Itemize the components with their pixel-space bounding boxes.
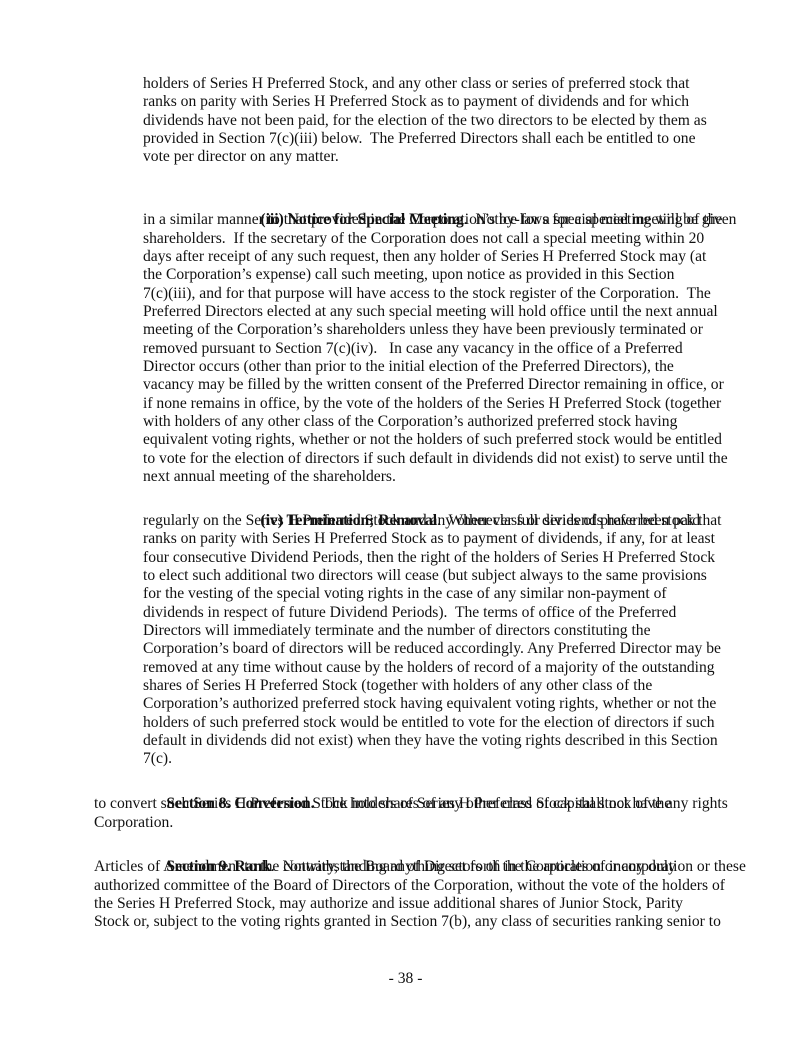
text-line: Preferred Directors elected at any such … (143, 303, 718, 321)
text-line: to convert such Series H Preferred Stock… (94, 795, 671, 813)
text-line: Articles of Amendment to the contrary, t… (94, 858, 676, 876)
text-line: ranks on parity with Series H Preferred … (143, 530, 715, 548)
text-line: authorized committee of the Board of Dir… (94, 877, 725, 895)
text-line: removed pursuant to Section 7(c)(iv). In… (143, 340, 683, 358)
text-line: meeting of the Corporation’s shareholder… (143, 321, 703, 339)
text-line: vote per director on any matter. (143, 148, 339, 166)
text-line: for the vesting of the special voting ri… (143, 585, 667, 603)
text-line: to vote for the election of directors if… (143, 450, 728, 468)
text-line: ranks on parity with Series H Preferred … (143, 93, 689, 111)
text-line: dividends have not been paid, for the el… (143, 112, 707, 130)
text-line: Stock or, subject to the voting rights g… (94, 913, 721, 931)
text-line: Directors will immediately terminate and… (143, 622, 651, 640)
text-line: vacancy may be filled by the written con… (143, 376, 724, 394)
page-number: - 38 - (0, 970, 811, 988)
text-line: Corporation’s board of directors will be… (143, 640, 721, 658)
text-line: in a similar manner to that provided in … (143, 211, 722, 229)
text-line: equivalent voting rights, whether or not… (143, 431, 722, 449)
text-line: Corporation’s authorized preferred stock… (143, 695, 716, 713)
text-line: shareholders. If the secretary of the Co… (143, 230, 704, 248)
text-line: if none remains in office, by the vote o… (143, 395, 721, 413)
text-line: regularly on the Series H Preferred Stoc… (143, 512, 722, 530)
text-line: holders of Series H Preferred Stock, and… (143, 75, 689, 93)
text-line: default in dividends did not exist) when… (143, 732, 718, 750)
document-page: holders of Series H Preferred Stock, and… (0, 0, 811, 1050)
text-line: with holders of any other class of the C… (143, 413, 677, 431)
text-line: dividends in respect of future Dividend … (143, 604, 676, 622)
text-line: removed at any time without cause by the… (143, 659, 715, 677)
text-line: holders of such preferred stock would be… (143, 714, 715, 732)
text-line: 7(c)(iii), and for that purpose will hav… (143, 285, 711, 303)
text-line: the Corporation’s expense) call such mee… (143, 266, 674, 284)
text-line: Corporation. (94, 814, 173, 832)
text-line: the Series H Preferred Stock, may author… (94, 895, 683, 913)
text-line: 7(c). (143, 750, 172, 768)
text-line: four consecutive Dividend Periods, then … (143, 549, 715, 567)
text-line: next annual meeting of the shareholders. (143, 468, 396, 486)
text-line: provided in Section 7(c)(iii) below. The… (143, 130, 696, 148)
text-line: Director occurs (other than prior to the… (143, 358, 674, 376)
text-line: to elect such additional two directors w… (143, 567, 707, 585)
text-line: shares of Series H Preferred Stock (toge… (143, 677, 652, 695)
text-line: days after receipt of any such request, … (143, 248, 706, 266)
